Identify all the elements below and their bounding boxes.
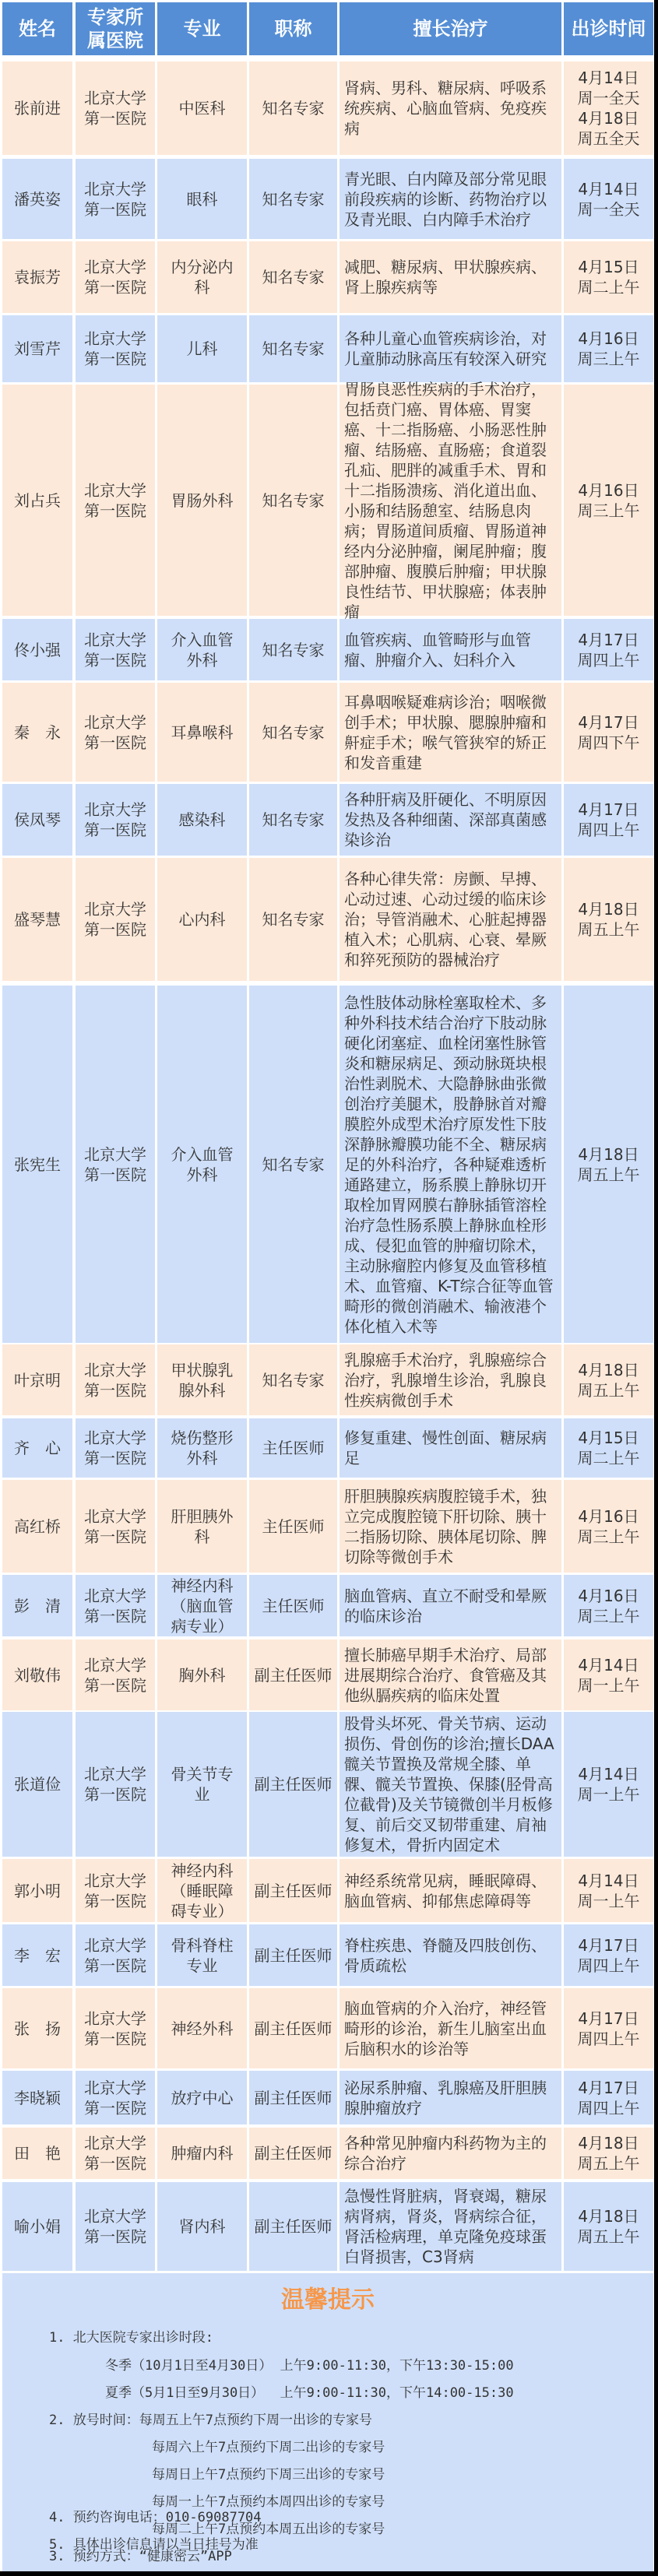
expertise: 各种常见肿瘤内科药物为主的综合治疗 bbox=[344, 2133, 557, 2174]
expertise: 减肥、糖尿病、甲状腺疾病、肾上腺疾病等 bbox=[344, 257, 557, 297]
clinic-time-cell: 4月17日 周四上午 bbox=[564, 784, 653, 856]
expertise: 脊柱疾患、脊髓及四肢创伤、骨质疏松 bbox=[344, 1935, 557, 1976]
job-title: 知名专家 bbox=[262, 189, 325, 209]
clinic-time-cell: 4月18日 周五上午 bbox=[564, 1344, 653, 1415]
hospital: 北京大学第一医院 bbox=[83, 1506, 148, 1547]
specialty: 眼科 bbox=[165, 189, 240, 209]
table-row: 袁振芳北京大学第一医院内分泌内科知名专家减肥、糖尿病、甲状腺疾病、肾上腺疾病等4… bbox=[0, 241, 654, 313]
table-row: 叶京明北京大学第一医院甲状腺乳腺外科知名专家乳腺癌手术治疗，乳腺癌综合治疗，乳腺… bbox=[0, 1344, 654, 1415]
table-row: 高红桥北京大学第一医院肝胆胰外科主任医师肝胆胰腺疾病腹腔镜手术，独立完成腹腔镜下… bbox=[0, 1480, 654, 1573]
clinic-time-cell: 4月17日 周四上午 bbox=[564, 1924, 653, 1986]
doctor-name-cell: 喻小娟 bbox=[2, 2182, 72, 2271]
tip-line: 2. 放号时间：每周五上午7点预约下周一出诊的专家号 bbox=[49, 2412, 372, 2429]
job-title-cell: 副主任医师 bbox=[249, 1859, 337, 1922]
tip-line: 1. 北大医院专家出诊时段: bbox=[49, 2329, 213, 2346]
job-title: 副主任医师 bbox=[255, 1774, 333, 1794]
expertise: 肝胆胰腺疾病腹腔镜手术，独立完成腹腔镜下肝切除、胰十二指肠切除、胰体尾切除、脾切… bbox=[344, 1486, 557, 1567]
job-title-cell: 知名专家 bbox=[249, 241, 337, 313]
expertise: 泌尿系肿瘤、乳腺癌及肝胆胰腺肿瘤放疗 bbox=[344, 2078, 557, 2118]
clinic-time: 4月18日 周五上午 bbox=[578, 2133, 640, 2174]
expertise-cell: 脊柱疾患、脊髓及四肢创伤、骨质疏松 bbox=[340, 1924, 561, 1986]
clinic-time-cell: 4月18日 周五上午 bbox=[564, 2128, 653, 2179]
job-title: 知名专家 bbox=[262, 98, 325, 118]
hospital-cell: 北京大学第一医院 bbox=[76, 2071, 155, 2124]
header-time-label: 出诊时间 bbox=[572, 17, 646, 40]
clinic-time-cell: 4月15日 周二上午 bbox=[564, 1418, 653, 1478]
expertise-cell: 各种肝病及肝硬化、不明原因发热及各种细菌、深部真菌感染诊治 bbox=[340, 784, 561, 856]
clinic-time: 4月14日 周一上午 bbox=[578, 1871, 640, 1911]
header-name: 姓名 bbox=[2, 2, 72, 55]
hospital-cell: 北京大学第一医院 bbox=[76, 986, 155, 1343]
hospital: 北京大学第一医院 bbox=[83, 480, 148, 521]
doctor-name-cell: 张 扬 bbox=[2, 1988, 72, 2068]
hospital: 北京大学第一医院 bbox=[83, 2133, 148, 2174]
clinic-time: 4月14日 周一全天 bbox=[578, 179, 640, 220]
specialty-cell: 胸外科 bbox=[157, 1639, 247, 1710]
table-row: 彭 清北京大学第一医院神经内科（脑血管病专业）主任医师脑血管病、直立不耐受和晕厥… bbox=[0, 1575, 654, 1636]
specialty-cell: 烧伤整形外科 bbox=[157, 1418, 247, 1478]
specialty: 胃肠外科 bbox=[165, 490, 240, 511]
hospital: 北京大学第一医院 bbox=[83, 1586, 148, 1626]
expertise: 脑血管病、直立不耐受和晕厥的临床诊治 bbox=[344, 1586, 557, 1626]
clinic-time: 4月14日 周一上午 bbox=[578, 1655, 640, 1696]
specialty-cell: 甲状腺乳腺外科 bbox=[157, 1344, 247, 1415]
specialty: 放疗中心 bbox=[165, 2088, 240, 2108]
doctor-name: 田 艳 bbox=[14, 2143, 61, 2163]
expertise-cell: 股骨头坏死、骨关节病、运动损伤、骨创伤的诊治;擅长DAA髋关节置换及常规全膝、单… bbox=[340, 1712, 561, 1857]
expertise: 修复重建、慢性创面、糖尿病足 bbox=[344, 1428, 557, 1468]
job-title: 副主任医师 bbox=[255, 1881, 333, 1901]
clinic-time-cell: 4月17日 周四上午 bbox=[564, 619, 653, 680]
specialty-cell: 肿瘤内科 bbox=[157, 2128, 247, 2179]
specialty-cell: 神经内科（睡眠障碍专业） bbox=[157, 1859, 247, 1922]
doctor-name-cell: 刘敬伟 bbox=[2, 1639, 72, 1710]
clinic-time-cell: 4月14日 周一上午 bbox=[564, 1712, 653, 1857]
hospital-cell: 北京大学第一医院 bbox=[76, 315, 155, 382]
expertise-cell: 肾病、男科、糖尿病、呼吸系统疾病、心脑血管病、免疫疾病 bbox=[340, 62, 561, 155]
hospital: 北京大学第一医院 bbox=[83, 1935, 148, 1976]
clinic-time-cell: 4月16日 周三上午 bbox=[564, 1480, 653, 1573]
doctor-name-cell: 郭小明 bbox=[2, 1859, 72, 1922]
clinic-time-cell: 4月14日 周一全天 bbox=[564, 159, 653, 239]
doctor-name: 佟小强 bbox=[14, 640, 61, 660]
job-title-cell: 知名专家 bbox=[249, 986, 337, 1343]
doctor-name-cell: 彭 清 bbox=[2, 1575, 72, 1636]
table-row: 侯凤琴北京大学第一医院感染科知名专家各种肝病及肝硬化、不明原因发热及各种细菌、深… bbox=[0, 784, 654, 856]
doctor-name: 张 扬 bbox=[14, 2019, 61, 2039]
job-title-cell: 主任医师 bbox=[249, 1418, 337, 1478]
doctor-name: 喻小娟 bbox=[14, 2216, 61, 2237]
tip-line: 4. 预约咨询电话：010-69087704 bbox=[49, 2509, 262, 2526]
doctor-name-cell: 高红桥 bbox=[2, 1480, 72, 1573]
specialty: 儿科 bbox=[165, 339, 240, 359]
expertise: 神经系统常见病，睡眠障碍、脑血管病、抑郁焦虑障碍等 bbox=[344, 1871, 557, 1911]
clinic-time-cell: 4月16日 周三上午 bbox=[564, 385, 653, 616]
header-expertise-label: 擅长治疗 bbox=[413, 17, 488, 40]
job-title-cell: 知名专家 bbox=[249, 385, 337, 616]
specialty-cell: 神经内科（脑血管病专业） bbox=[157, 1575, 247, 1636]
doctor-name-cell: 田 艳 bbox=[2, 2128, 72, 2179]
clinic-time: 4月18日 周五上午 bbox=[578, 1144, 640, 1185]
specialty: 耳鼻喉科 bbox=[165, 722, 240, 743]
specialty: 介入血管外科 bbox=[165, 1144, 240, 1185]
hospital: 北京大学第一医院 bbox=[83, 1144, 148, 1185]
hospital-cell: 北京大学第一医院 bbox=[76, 1988, 155, 2068]
table-row: 田 艳北京大学第一医院肿瘤内科副主任医师各种常见肿瘤内科药物为主的综合治疗4月1… bbox=[0, 2128, 654, 2179]
doctor-name: 秦 永 bbox=[14, 722, 61, 743]
header-title-label: 职称 bbox=[275, 17, 312, 40]
expertise: 乳腺癌手术治疗，乳腺癌综合治疗，乳腺增生诊治，乳腺良性疾病微创手术 bbox=[344, 1350, 557, 1411]
header-name-label: 姓名 bbox=[19, 17, 56, 40]
specialty-cell: 骨科脊柱专业 bbox=[157, 1924, 247, 1986]
hospital: 北京大学第一医院 bbox=[83, 712, 148, 753]
specialty-cell: 骨关节专业 bbox=[157, 1712, 247, 1857]
tip-line: 每周六上午7点预约下周二出诊的专家号 bbox=[152, 2439, 385, 2456]
job-title-cell: 副主任医师 bbox=[249, 2182, 337, 2271]
job-title: 副主任医师 bbox=[255, 2019, 333, 2039]
expertise-cell: 脑血管病、直立不耐受和晕厥的临床诊治 bbox=[340, 1575, 561, 1636]
expertise-cell: 肝胆胰腺疾病腹腔镜手术，独立完成腹腔镜下肝切除、胰十二指肠切除、胰体尾切除、脾切… bbox=[340, 1480, 561, 1573]
tip-line: 冬季（10月1日至4月30日） 上午9:00-11:30，下午13:30-15:… bbox=[105, 2357, 514, 2374]
hospital: 北京大学第一医院 bbox=[83, 1360, 148, 1400]
specialty: 中医科 bbox=[165, 98, 240, 118]
job-title: 副主任医师 bbox=[255, 2143, 333, 2163]
specialty: 神经内科（脑血管病专业） bbox=[165, 1576, 240, 1636]
clinic-time: 4月18日 周五上午 bbox=[578, 1360, 640, 1400]
doctor-name: 张道俭 bbox=[14, 1774, 61, 1794]
expertise-cell: 青光眼、白内障及部分常见眼前段疾病的诊断、药物治疗以及青光眼、白内障手术治疗 bbox=[340, 159, 561, 239]
doctor-name: 袁振芳 bbox=[14, 267, 61, 287]
hospital-cell: 北京大学第一医院 bbox=[76, 1480, 155, 1573]
expertise: 脑血管病的介入治疗，神经管畸形的诊治，新生儿脑室出血后脑积水的诊治等 bbox=[344, 1998, 557, 2059]
header-specialty-label: 专业 bbox=[184, 17, 221, 40]
hospital-cell: 北京大学第一医院 bbox=[76, 2128, 155, 2179]
job-title: 知名专家 bbox=[262, 909, 325, 930]
expertise: 各种肝病及肝硬化、不明原因发热及各种细菌、深部真菌感染诊治 bbox=[344, 789, 557, 850]
job-title: 知名专家 bbox=[262, 490, 325, 511]
job-title: 主任医师 bbox=[262, 1516, 325, 1537]
expertise: 擅长肺癌早期手术治疗、局部进展期综合治疗、食管癌及其他纵膈疾病的临床处置 bbox=[344, 1645, 557, 1706]
table-row: 齐 心北京大学第一医院烧伤整形外科主任医师修复重建、慢性创面、糖尿病足4月15日… bbox=[0, 1418, 654, 1478]
job-title-cell: 知名专家 bbox=[249, 619, 337, 680]
job-title-cell: 知名专家 bbox=[249, 683, 337, 782]
doctor-name-cell: 李 宏 bbox=[2, 1924, 72, 1986]
clinic-time: 4月14日 周一全天 4月18日 周五全天 bbox=[578, 68, 640, 149]
expertise-cell: 各种常见肿瘤内科药物为主的综合治疗 bbox=[340, 2128, 561, 2179]
doctor-name-cell: 张前进 bbox=[2, 62, 72, 155]
doctor-name: 刘雪芹 bbox=[14, 339, 61, 359]
doctor-name: 李 宏 bbox=[14, 1945, 61, 1966]
expertise-cell: 各种心律失常：房颤、早搏、心动过速、心动过缓的临床诊治；导管消融术、心脏起搏器植… bbox=[340, 858, 561, 981]
hospital: 北京大学第一医院 bbox=[83, 630, 148, 670]
hospital: 北京大学第一医院 bbox=[83, 1764, 148, 1805]
clinic-time: 4月18日 周五上午 bbox=[578, 2206, 640, 2247]
header-hospital-label: 专家所属医院 bbox=[80, 5, 150, 52]
expertise: 青光眼、白内障及部分常见眼前段疾病的诊断、药物治疗以及青光眼、白内障手术治疗 bbox=[344, 169, 557, 230]
table-row: 张前进北京大学第一医院中医科知名专家肾病、男科、糖尿病、呼吸系统疾病、心脑血管病… bbox=[0, 62, 654, 155]
clinic-time: 4月17日 周四下午 bbox=[578, 712, 640, 753]
hospital: 北京大学第一医院 bbox=[83, 257, 148, 297]
specialty-cell: 介入血管外科 bbox=[157, 619, 247, 680]
expertise: 胃肠良恶性疾病的手术治疗，包括贲门癌、胃体癌、胃窦癌、十二指肠癌、小肠恶性肿瘤、… bbox=[344, 379, 557, 622]
doctor-name: 刘占兵 bbox=[14, 490, 61, 511]
specialty: 心内科 bbox=[165, 909, 240, 930]
hospital: 北京大学第一医院 bbox=[83, 2008, 148, 2049]
doctor-name: 彭 清 bbox=[14, 1596, 61, 1616]
expertise: 各种儿童心血管疾病诊治，对儿童肺动脉高压有较深入研究 bbox=[344, 329, 557, 369]
clinic-time-cell: 4月15日 周二上午 bbox=[564, 241, 653, 313]
specialty: 内分泌内科 bbox=[165, 257, 240, 297]
expertise-cell: 泌尿系肿瘤、乳腺癌及肝胆胰腺肿瘤放疗 bbox=[340, 2071, 561, 2124]
doctor-name: 潘英姿 bbox=[14, 189, 61, 209]
expertise-cell: 修复重建、慢性创面、糖尿病足 bbox=[340, 1418, 561, 1478]
job-title-cell: 知名专家 bbox=[249, 1344, 337, 1415]
clinic-time-cell: 4月18日 周五上午 bbox=[564, 858, 653, 981]
hospital: 北京大学第一医院 bbox=[83, 1871, 148, 1911]
specialty-cell: 肾内科 bbox=[157, 2182, 247, 2271]
hospital: 北京大学第一医院 bbox=[83, 899, 148, 940]
job-title: 主任医师 bbox=[262, 1438, 325, 1458]
doctor-name-cell: 袁振芳 bbox=[2, 241, 72, 313]
header-time: 出诊时间 bbox=[564, 2, 653, 55]
clinic-time: 4月17日 周四上午 bbox=[578, 800, 640, 840]
specialty: 骨科脊柱专业 bbox=[165, 1935, 240, 1976]
doctor-name: 叶京明 bbox=[14, 1370, 61, 1390]
specialty-cell: 肝胆胰外科 bbox=[157, 1480, 247, 1573]
tips-panel: 温馨提示 1. 北大医院专家出诊时段: 冬季（10月1日至4月30日） 上午9:… bbox=[2, 2273, 653, 2571]
clinic-time-cell: 4月18日 周五上午 bbox=[564, 2182, 653, 2271]
specialty: 感染科 bbox=[165, 810, 240, 830]
clinic-time: 4月16日 周三上午 bbox=[578, 329, 640, 369]
clinic-time: 4月15日 周二上午 bbox=[578, 1428, 640, 1468]
doctor-name: 刘敬伟 bbox=[14, 1665, 61, 1685]
clinic-time-cell: 4月16日 周三上午 bbox=[564, 1575, 653, 1636]
doctor-name-cell: 张宪生 bbox=[2, 986, 72, 1343]
job-title-cell: 副主任医师 bbox=[249, 1924, 337, 1986]
table-row: 刘雪芹北京大学第一医院儿科知名专家各种儿童心血管疾病诊治，对儿童肺动脉高压有较深… bbox=[0, 315, 654, 382]
specialty-cell: 心内科 bbox=[157, 858, 247, 981]
specialty: 肾内科 bbox=[165, 2216, 240, 2237]
expertise: 血管疾病、血管畸形与血管瘤、肿瘤介入、妇科介入 bbox=[344, 630, 557, 670]
specialty: 甲状腺乳腺外科 bbox=[165, 1360, 240, 1400]
hospital-cell: 北京大学第一医院 bbox=[76, 62, 155, 155]
clinic-time-cell: 4月14日 周一全天 4月18日 周五全天 bbox=[564, 62, 653, 155]
specialty: 肝胆胰外科 bbox=[165, 1506, 240, 1547]
job-title-cell: 主任医师 bbox=[249, 1480, 337, 1573]
clinic-time-cell: 4月18日 周五上午 bbox=[564, 986, 653, 1343]
hospital: 北京大学第一医院 bbox=[83, 1655, 148, 1696]
hospital-cell: 北京大学第一医院 bbox=[76, 784, 155, 856]
expertise: 耳鼻咽喉疑难病诊治；咽喉微创手术；甲状腺、腮腺肿瘤和鼾症手术；喉气管狭窄的矫正和… bbox=[344, 692, 557, 773]
clinic-time-cell: 4月17日 周四下午 bbox=[564, 683, 653, 782]
clinic-time: 4月17日 周四上午 bbox=[578, 1935, 640, 1976]
expertise: 肾病、男科、糖尿病、呼吸系统疾病、心脑血管病、免疫疾病 bbox=[344, 78, 557, 139]
hospital-cell: 北京大学第一医院 bbox=[76, 385, 155, 616]
expertise-cell: 急慢性肾脏病，肾衰竭，糖尿病肾病，肾炎，肾病综合征，肾活检病理，单克隆免疫球蛋白… bbox=[340, 2182, 561, 2271]
job-title-cell: 知名专家 bbox=[249, 315, 337, 382]
clinic-time: 4月16日 周三上午 bbox=[578, 1506, 640, 1547]
hospital-cell: 北京大学第一医院 bbox=[76, 619, 155, 680]
doctor-name: 侯凤琴 bbox=[14, 810, 61, 830]
job-title: 知名专家 bbox=[262, 339, 325, 359]
expertise-cell: 耳鼻咽喉疑难病诊治；咽喉微创手术；甲状腺、腮腺肿瘤和鼾症手术；喉气管狭窄的矫正和… bbox=[340, 683, 561, 782]
header-specialty: 专业 bbox=[157, 2, 247, 55]
expertise-cell: 急性肢体动脉栓塞取栓术、多种外科技术结合治疗下肢动脉硬化闭塞症、血栓闭塞性脉管炎… bbox=[340, 986, 561, 1343]
job-title-cell: 副主任医师 bbox=[249, 2071, 337, 2124]
clinic-time-cell: 4月14日 周一上午 bbox=[564, 1639, 653, 1710]
hospital: 北京大学第一医院 bbox=[83, 329, 148, 369]
hospital-cell: 北京大学第一医院 bbox=[76, 1575, 155, 1636]
hospital-cell: 北京大学第一医院 bbox=[76, 1344, 155, 1415]
clinic-time: 4月16日 周三上午 bbox=[578, 480, 640, 521]
doctor-name: 李晓颖 bbox=[14, 2088, 61, 2108]
doctor-name: 郭小明 bbox=[14, 1881, 61, 1901]
expertise-cell: 神经系统常见病，睡眠障碍、脑血管病、抑郁焦虑障碍等 bbox=[340, 1859, 561, 1922]
clinic-time-cell: 4月14日 周一上午 bbox=[564, 1859, 653, 1922]
specialty-cell: 内分泌内科 bbox=[157, 241, 247, 313]
specialty-cell: 中医科 bbox=[157, 62, 247, 155]
job-title: 副主任医师 bbox=[255, 1945, 333, 1966]
job-title-cell: 副主任医师 bbox=[249, 1639, 337, 1710]
expertise-cell: 胃肠良恶性疾病的手术治疗，包括贲门癌、胃体癌、胃窦癌、十二指肠癌、小肠恶性肿瘤、… bbox=[340, 385, 561, 616]
specialty-cell: 感染科 bbox=[157, 784, 247, 856]
doctor-name: 齐 心 bbox=[14, 1438, 61, 1458]
expertise: 股骨头坏死、骨关节病、运动损伤、骨创伤的诊治;擅长DAA髋关节置换及常规全膝、单… bbox=[344, 1713, 557, 1855]
job-title: 副主任医师 bbox=[255, 1665, 333, 1685]
clinic-time: 4月16日 周三上午 bbox=[578, 1586, 640, 1626]
tip-line: 每周日上午7点预约下周三出诊的专家号 bbox=[152, 2466, 385, 2483]
expertise-cell: 乳腺癌手术治疗，乳腺癌综合治疗，乳腺增生诊治，乳腺良性疾病微创手术 bbox=[340, 1344, 561, 1415]
clinic-time: 4月18日 周五上午 bbox=[578, 899, 640, 940]
table-row: 佟小强北京大学第一医院介入血管外科知名专家血管疾病、血管畸形与血管瘤、肿瘤介入、… bbox=[0, 619, 654, 680]
clinic-time: 4月15日 周二上午 bbox=[578, 257, 640, 297]
job-title-cell: 知名专家 bbox=[249, 62, 337, 155]
hospital-cell: 北京大学第一医院 bbox=[76, 1418, 155, 1478]
doctor-name-cell: 秦 永 bbox=[2, 683, 72, 782]
specialty-cell: 放疗中心 bbox=[157, 2071, 247, 2124]
table-row: 李 宏北京大学第一医院骨科脊柱专业副主任医师脊柱疾患、脊髓及四肢创伤、骨质疏松4… bbox=[0, 1924, 654, 1986]
table-row: 刘敬伟北京大学第一医院胸外科副主任医师擅长肺癌早期手术治疗、局部进展期综合治疗、… bbox=[0, 1639, 654, 1710]
specialty: 骨关节专业 bbox=[165, 1764, 240, 1805]
doctor-name-cell: 潘英姿 bbox=[2, 159, 72, 239]
table-row: 盛琴慧北京大学第一医院心内科知名专家各种心律失常：房颤、早搏、心动过速、心动过缓… bbox=[0, 858, 654, 981]
hospital: 北京大学第一医院 bbox=[83, 2206, 148, 2247]
job-title-cell: 知名专家 bbox=[249, 858, 337, 981]
specialty: 烧伤整形外科 bbox=[165, 1428, 240, 1468]
doctor-name: 张宪生 bbox=[14, 1154, 61, 1175]
header-expertise: 擅长治疗 bbox=[340, 2, 561, 55]
clinic-time: 4月17日 周四上午 bbox=[578, 2078, 640, 2118]
expertise: 各种心律失常：房颤、早搏、心动过速、心动过缓的临床诊治；导管消融术、心脏起搏器植… bbox=[344, 869, 557, 970]
table-row: 张道俭北京大学第一医院骨关节专业副主任医师股骨头坏死、骨关节病、运动损伤、骨创伤… bbox=[0, 1712, 654, 1857]
specialty-cell: 介入血管外科 bbox=[157, 986, 247, 1343]
doctor-name-cell: 侯凤琴 bbox=[2, 784, 72, 856]
job-title: 知名专家 bbox=[262, 267, 325, 287]
expertise-cell: 减肥、糖尿病、甲状腺疾病、肾上腺疾病等 bbox=[340, 241, 561, 313]
job-title: 主任医师 bbox=[262, 1596, 325, 1616]
clinic-time: 4月17日 周四上午 bbox=[578, 2008, 640, 2049]
hospital: 北京大学第一医院 bbox=[83, 800, 148, 840]
specialty: 肿瘤内科 bbox=[165, 2143, 240, 2163]
hospital: 北京大学第一医院 bbox=[83, 2078, 148, 2118]
specialty-cell: 儿科 bbox=[157, 315, 247, 382]
table-row: 李晓颖北京大学第一医院放疗中心副主任医师泌尿系肿瘤、乳腺癌及肝胆胰腺肿瘤放疗4月… bbox=[0, 2071, 654, 2124]
expertise-cell: 各种儿童心血管疾病诊治，对儿童肺动脉高压有较深入研究 bbox=[340, 315, 561, 382]
hospital: 北京大学第一医院 bbox=[83, 1428, 148, 1468]
table-row: 秦 永北京大学第一医院耳鼻喉科知名专家耳鼻咽喉疑难病诊治；咽喉微创手术；甲状腺、… bbox=[0, 683, 654, 782]
expertise-cell: 擅长肺癌早期手术治疗、局部进展期综合治疗、食管癌及其他纵膈疾病的临床处置 bbox=[340, 1639, 561, 1710]
table-row: 张 扬北京大学第一医院神经外科副主任医师脑血管病的介入治疗，神经管畸形的诊治，新… bbox=[0, 1988, 654, 2068]
table-row: 郭小明北京大学第一医院神经内科（睡眠障碍专业）副主任医师神经系统常见病，睡眠障碍… bbox=[0, 1859, 654, 1922]
hospital-cell: 北京大学第一医院 bbox=[76, 1639, 155, 1710]
tip-line: 夏季（5月1日至9月30日） 上午9:00-11:30，下午14:00-15:3… bbox=[105, 2384, 514, 2402]
tip-line: 5. 具体出诊信息请以当日挂号为准 bbox=[49, 2536, 259, 2553]
job-title: 知名专家 bbox=[262, 1154, 325, 1175]
clinic-time-cell: 4月17日 周四上午 bbox=[564, 2071, 653, 2124]
doctor-name-cell: 张道俭 bbox=[2, 1712, 72, 1857]
table-row: 喻小娟北京大学第一医院肾内科副主任医师急慢性肾脏病，肾衰竭，糖尿病肾病，肾炎，肾… bbox=[0, 2182, 654, 2271]
specialty-cell: 眼科 bbox=[157, 159, 247, 239]
job-title-cell: 知名专家 bbox=[249, 784, 337, 856]
hospital-cell: 北京大学第一医院 bbox=[76, 858, 155, 981]
job-title: 知名专家 bbox=[262, 1370, 325, 1390]
doctor-name: 张前进 bbox=[14, 98, 61, 118]
doctor-name: 高红桥 bbox=[14, 1516, 61, 1537]
specialty: 神经外科 bbox=[165, 2019, 240, 2039]
hospital-cell: 北京大学第一医院 bbox=[76, 1712, 155, 1857]
expertise: 急性肢体动脉栓塞取栓术、多种外科技术结合治疗下肢动脉硬化闭塞症、血栓闭塞性脉管炎… bbox=[344, 993, 557, 1337]
specialty-cell: 耳鼻喉科 bbox=[157, 683, 247, 782]
doctor-name-cell: 盛琴慧 bbox=[2, 858, 72, 981]
hospital: 北京大学第一医院 bbox=[83, 179, 148, 220]
doctor-name-cell: 李晓颖 bbox=[2, 2071, 72, 2124]
specialty: 胸外科 bbox=[165, 1665, 240, 1685]
specialty: 介入血管外科 bbox=[165, 630, 240, 670]
hospital-cell: 北京大学第一医院 bbox=[76, 683, 155, 782]
table-header: 姓名 专家所属医院 专业 职称 擅长治疗 出诊时间 bbox=[0, 2, 654, 55]
clinic-time: 4月14日 周一上午 bbox=[578, 1764, 640, 1805]
doctor-name: 盛琴慧 bbox=[14, 909, 61, 930]
header-title: 职称 bbox=[249, 2, 337, 55]
expert-schedule-page: 姓名 专家所属医院 专业 职称 擅长治疗 出诊时间 张前进北京大学第一医院中医科… bbox=[0, 0, 654, 2571]
hospital: 北京大学第一医院 bbox=[83, 88, 148, 128]
job-title-cell: 主任医师 bbox=[249, 1575, 337, 1636]
job-title: 知名专家 bbox=[262, 722, 325, 743]
doctor-name-cell: 佟小强 bbox=[2, 619, 72, 680]
hospital-cell: 北京大学第一医院 bbox=[76, 1859, 155, 1922]
job-title: 知名专家 bbox=[262, 810, 325, 830]
doctor-name-cell: 刘占兵 bbox=[2, 385, 72, 616]
job-title: 副主任医师 bbox=[255, 2216, 333, 2237]
job-title-cell: 知名专家 bbox=[249, 159, 337, 239]
specialty: 神经内科（睡眠障碍专业） bbox=[165, 1861, 240, 1921]
job-title: 副主任医师 bbox=[255, 2088, 333, 2108]
specialty-cell: 胃肠外科 bbox=[157, 385, 247, 616]
header-hospital: 专家所属医院 bbox=[76, 2, 155, 55]
doctor-name-cell: 叶京明 bbox=[2, 1344, 72, 1415]
job-title: 知名专家 bbox=[262, 640, 325, 660]
expertise: 急慢性肾脏病，肾衰竭，糖尿病肾病，肾炎，肾病综合征，肾活检病理，单克隆免疫球蛋白… bbox=[344, 2186, 557, 2267]
clinic-time-cell: 4月16日 周三上午 bbox=[564, 315, 653, 382]
expertise-cell: 脑血管病的介入治疗，神经管畸形的诊治，新生儿脑室出血后脑积水的诊治等 bbox=[340, 1988, 561, 2068]
hospital-cell: 北京大学第一医院 bbox=[76, 241, 155, 313]
hospital-cell: 北京大学第一医院 bbox=[76, 1924, 155, 1986]
hospital-cell: 北京大学第一医院 bbox=[76, 2182, 155, 2271]
doctor-name-cell: 刘雪芹 bbox=[2, 315, 72, 382]
clinic-time-cell: 4月17日 周四上午 bbox=[564, 1988, 653, 2068]
doctor-name-cell: 齐 心 bbox=[2, 1418, 72, 1478]
job-title-cell: 副主任医师 bbox=[249, 1712, 337, 1857]
